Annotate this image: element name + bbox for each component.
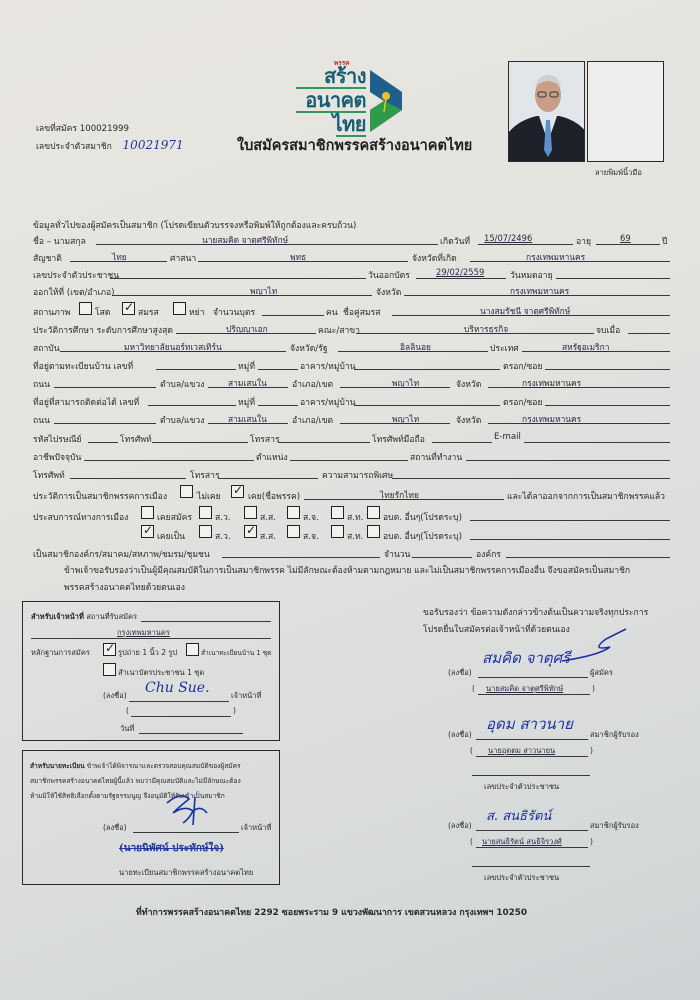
expiry-field[interactable] bbox=[556, 267, 670, 279]
registrar-box: สำหรับนายทะเบียน ข้าพเจ้าได้พิจารณาและตร… bbox=[22, 750, 280, 885]
work-fax-label: โทรสาร bbox=[190, 468, 220, 482]
endorser2-id-field[interactable] bbox=[472, 855, 590, 867]
member-id-label: เลขประจำตัวสมาชิก bbox=[36, 142, 112, 152]
contact-province-value: กรุงเทพมหานคร bbox=[522, 412, 581, 426]
religion-value: พุทธ bbox=[290, 250, 306, 264]
work-phone-field[interactable] bbox=[70, 467, 186, 479]
exp-applied-senator-label: ส.ว. bbox=[215, 510, 231, 524]
postcode-label: รหัสไปรษณีย์ bbox=[33, 432, 82, 446]
age-value: 69 bbox=[620, 233, 631, 243]
receive-place-value: กรุงเทพมหานคร bbox=[117, 627, 170, 639]
receive-place-label: สถานที่รับสมัคร bbox=[86, 612, 137, 621]
exp-applied-other-field[interactable] bbox=[470, 509, 670, 521]
country-value: สหรัฐอเมริกา bbox=[562, 340, 609, 354]
fingerprint-box bbox=[587, 61, 664, 162]
exp-served-label: เคยเป็น bbox=[157, 529, 185, 543]
registrar-role: เจ้าหน้าที่ bbox=[241, 822, 271, 834]
status-married-checkbox[interactable] bbox=[122, 302, 135, 315]
applicant-signature-flourish bbox=[560, 625, 630, 665]
age-unit: ปี bbox=[662, 234, 667, 248]
work-fax-field[interactable] bbox=[218, 467, 318, 479]
officer-signature: Chu Sue. bbox=[145, 680, 210, 696]
evidence-photo-label: รูปถ่าย 1 นิ้ว 2 รูป bbox=[118, 647, 177, 659]
registrar-text-1: ข้าพเจ้าได้พิจารณาและตรวจสอบคุณสมบัติของ… bbox=[87, 762, 241, 770]
exp-applied-provincial-label: ส.จ. bbox=[303, 510, 319, 524]
party-history-label: ประวัติการเป็นสมาชิกพรรคการเมือง bbox=[33, 489, 167, 503]
applicant-sign-label: (ลงชื่อ) bbox=[448, 667, 472, 679]
general-info-heading: ข้อมูลทั่วไปของผู้สมัครเป็นสมาชิก (โปรดเ… bbox=[33, 218, 356, 232]
workplace-field[interactable] bbox=[466, 449, 670, 461]
issued-at-value: พญาไท bbox=[250, 284, 277, 298]
reg-subdistrict-label: ตำบล/แขวง bbox=[160, 377, 204, 391]
citizen-id-field[interactable] bbox=[110, 267, 366, 279]
religion-label: ศาสนา bbox=[170, 251, 196, 265]
application-number: เลขที่สมัคร 100021999 bbox=[36, 121, 129, 135]
status-married-label: สมรส bbox=[138, 305, 159, 319]
endorser2-name: นายสนธิรัตน์ สนธิจิรวงศ์ bbox=[482, 836, 562, 848]
position-label: ตำแหน่ง bbox=[256, 450, 288, 464]
occupation-field[interactable] bbox=[84, 449, 254, 461]
party-logo: พรรค สร้าง อนาคต ไทย bbox=[296, 60, 406, 140]
portrait-image bbox=[509, 62, 585, 162]
officer-date-label: วันที่ bbox=[120, 723, 134, 735]
status-label: สถานภาพ bbox=[33, 305, 70, 319]
exp-applied-municipal-checkbox[interactable] bbox=[331, 506, 344, 519]
party-name-value: ไทยรักไทย bbox=[380, 488, 419, 502]
form-title: ใบสมัครสมาชิกพรรคสร้างอนาคตไทย bbox=[237, 134, 472, 157]
endorser1-signature: อุดม สาวนาย bbox=[486, 712, 573, 736]
contact-road-label: ถนน bbox=[33, 413, 50, 427]
endorser1-id-field[interactable] bbox=[472, 764, 590, 776]
exp-served-provincial-checkbox[interactable] bbox=[287, 525, 300, 538]
officer-box: สำหรับเจ้าหน้าที่ สถานที่รับสมัคร กรุงเท… bbox=[22, 601, 280, 741]
evidence-id-card-label: สำเนาบัตรประชาชน 1 ชุด bbox=[118, 667, 204, 679]
endorser2-id-label: เลขประจำตัวประชาชน bbox=[484, 872, 559, 884]
org-membership-field[interactable] bbox=[222, 546, 380, 558]
exp-applied-other-label: อบต. อื่นๆ(โปรดระบุ) bbox=[383, 510, 462, 524]
contact-district-value: พญาไท bbox=[392, 412, 419, 426]
contact-subdistrict-value: สามเสนใน bbox=[228, 412, 267, 426]
children-label: จำนวนบุตร bbox=[213, 305, 255, 319]
exp-served-other-label: อบต. อื่นๆ(โปรดระบุ) bbox=[383, 529, 462, 543]
exp-served-provincial-label: ส.จ. bbox=[303, 529, 319, 543]
fax-field[interactable] bbox=[278, 431, 370, 443]
org-count-label: จำนวน bbox=[384, 547, 410, 561]
reg-house-no-field[interactable] bbox=[156, 358, 236, 370]
reg-moo-label: หมู่ที่ bbox=[238, 359, 255, 373]
email-label: E-mail bbox=[494, 432, 521, 442]
endorser1-id-label: เลขประจำตัวประชาชน bbox=[484, 781, 559, 793]
faculty-value: บริหารธุรกิจ bbox=[464, 322, 508, 336]
status-divorced-label: หย่า bbox=[189, 305, 205, 319]
contact-building-label: อาคาร/หมู่บ้าน bbox=[300, 395, 356, 409]
exp-served-senator-label: ส.ว. bbox=[215, 529, 231, 543]
registrar-heading: สำหรับนายทะเบียน bbox=[30, 762, 85, 770]
party-ever-label: เคย(ชื่อพรรค) bbox=[248, 489, 300, 503]
party-never-label: ไม่เคย bbox=[197, 489, 221, 503]
exp-served-other-checkbox[interactable] bbox=[367, 525, 380, 538]
birth-province-value: กรุงเทพมหานคร bbox=[526, 250, 585, 264]
issue-date-label: วันออกบัตร bbox=[368, 268, 410, 282]
receive-place-field[interactable] bbox=[141, 610, 271, 622]
status-divorced-checkbox[interactable] bbox=[173, 302, 186, 315]
mobile-label: โทรศัพท์มือถือ bbox=[372, 432, 425, 446]
officer-heading: สำหรับเจ้าหน้าที่ bbox=[31, 612, 84, 621]
mobile-field[interactable] bbox=[432, 431, 492, 443]
org-membership-label: เป็นสมาชิกองค์กร/สมาคม/สหภาพ/ชมรม/ชุมชน bbox=[33, 547, 210, 561]
org-name-label: องค์กร bbox=[476, 547, 501, 561]
workplace-label: สถานที่ทำงาน bbox=[410, 450, 462, 464]
registrar-sign-label: (ลงชื่อ) bbox=[103, 822, 127, 834]
application-number-value: 100021999 bbox=[80, 124, 129, 134]
occupation-label: อาชีพปัจจุบัน bbox=[33, 450, 81, 464]
work-phone-label: โทรศัพท์ bbox=[33, 468, 65, 482]
registrar-name: (นายนิพัศน์ ประทักษ์ใจ) bbox=[119, 841, 224, 856]
reg-province-value: กรุงเทพมหานคร bbox=[522, 376, 581, 390]
reg-house-no-label: ที่อยู่ตามทะเบียนบ้าน เลขที่ bbox=[33, 359, 133, 373]
reg-alley-field[interactable] bbox=[545, 358, 670, 370]
exp-applied-checkbox[interactable] bbox=[141, 506, 154, 519]
chevron-thailand-map-icon bbox=[370, 70, 402, 132]
graduated-label: จบเมื่อ bbox=[596, 323, 620, 337]
phone-label: โทรศัพท์ bbox=[120, 432, 152, 446]
exp-applied-mp-checkbox[interactable] bbox=[244, 506, 257, 519]
birth-province-label: จังหวัดที่เกิด bbox=[412, 251, 457, 265]
applicant-role: ผู้สมัคร bbox=[590, 667, 613, 679]
exp-served-senator-checkbox[interactable] bbox=[199, 525, 212, 538]
name-label: ชื่อ – นามสกุล bbox=[33, 234, 86, 248]
contact-moo-label: หมู่ที่ bbox=[238, 395, 255, 409]
logo-line1: สร้าง bbox=[296, 66, 366, 86]
issued-province-value: กรุงเทพมหานคร bbox=[510, 284, 569, 298]
birthdate-label: เกิดวันที่ bbox=[440, 234, 470, 248]
contact-road-field[interactable] bbox=[54, 412, 156, 424]
country-label: ประเทศ bbox=[490, 341, 519, 355]
contact-house-no-label: ที่อยู่ที่สามารถติดต่อได้ เลขที่ bbox=[33, 395, 139, 409]
org-count-field[interactable] bbox=[412, 546, 472, 558]
exp-served-municipal-checkbox[interactable] bbox=[331, 525, 344, 538]
issued-at-field[interactable] bbox=[112, 284, 372, 296]
declaration-text: ข้าพเจ้าขอรับรองว่าเป็นผู้มีคุณสมบัติในก… bbox=[64, 563, 630, 577]
party-ever-checkbox[interactable] bbox=[231, 485, 244, 498]
state-value: อิลลินอย bbox=[400, 340, 431, 354]
applicant-photo bbox=[508, 61, 585, 162]
experience-label: ประสบการณ์ทางการเมือง bbox=[33, 510, 128, 524]
applicant-statement-1: ขอรับรองว่า ข้อความดังกล่าวข้างต้นเป็นคว… bbox=[423, 605, 648, 619]
application-number-label: เลขที่สมัคร bbox=[36, 124, 77, 134]
birthdate-value: 15/07/2496 bbox=[484, 233, 532, 243]
endorser1-sign-label: (ลงชื่อ) bbox=[448, 729, 472, 741]
declaration-text-line2: พรรคสร้างอนาคตไทยด้วยตนเอง bbox=[64, 580, 185, 594]
spouse-label: ชื่อคู่สมรส bbox=[343, 305, 381, 319]
contact-house-no-field[interactable] bbox=[148, 394, 236, 406]
reg-road-label: ถนน bbox=[33, 377, 50, 391]
reg-alley-label: ตรอก/ซอย bbox=[503, 359, 543, 373]
evidence-id-card-checkbox[interactable] bbox=[103, 663, 116, 676]
member-id-value[interactable]: 10021971 bbox=[123, 138, 184, 152]
member-id: เลขประจำตัวสมาชิก 10021971 bbox=[36, 138, 184, 153]
exp-applied-label: เคยสมัคร bbox=[157, 510, 192, 524]
exp-applied-municipal-label: ส.ท. bbox=[347, 510, 363, 524]
applicant-name: นายสมคิด จาตุศรีพิทักษ์ bbox=[486, 683, 563, 695]
exp-applied-senator-checkbox[interactable] bbox=[199, 506, 212, 519]
institution-label: สถาบัน bbox=[33, 341, 60, 355]
status-single-label: โสด bbox=[95, 305, 110, 319]
exp-served-checkbox[interactable] bbox=[141, 525, 154, 538]
applicant-signature: สมคิด จาตุศรี bbox=[482, 646, 570, 670]
evidence-house-reg-label: สำเนาทะเบียนบ้าน 1 ชุด bbox=[201, 647, 271, 658]
registrar-title: นายทะเบียนสมาชิกพรรคสร้างอนาคตไทย bbox=[119, 867, 253, 879]
officer-role: เจ้าหน้าที่ bbox=[231, 690, 261, 702]
reg-province-label: จังหวัด bbox=[456, 377, 481, 391]
party-address-footer: ที่ทำการพรรคสร้างอนาคตไทย 2292 ซอยพระราม… bbox=[136, 905, 527, 919]
graduated-field[interactable] bbox=[628, 322, 670, 334]
officer-sign-label: (ลงชื่อ) bbox=[103, 690, 127, 702]
reg-moo-field[interactable] bbox=[258, 358, 298, 370]
reg-district-label: อำเภอ/เขต bbox=[292, 377, 333, 391]
exp-served-other-field[interactable] bbox=[470, 528, 670, 540]
registrar-signature bbox=[163, 791, 213, 829]
officer-date-field[interactable] bbox=[139, 722, 243, 734]
fax-label: โทรสาร bbox=[250, 432, 280, 446]
endorser2-sign-label: (ลงชื่อ) bbox=[448, 820, 472, 832]
education-label: ประวัติการศึกษา ระดับการศึกษาสูงสุด bbox=[33, 323, 173, 337]
nationality-value: ไทย bbox=[112, 250, 127, 264]
logo-line3: ไทย bbox=[296, 114, 366, 134]
skills-field[interactable] bbox=[392, 467, 670, 479]
endorser1-role: สมาชิกผู้รับรอง bbox=[590, 729, 639, 741]
resigned-text: และได้ลาออกจากการเป็นสมาชิกพรรคแล้ว bbox=[507, 489, 665, 503]
faculty-label: คณะ/สาขา bbox=[318, 323, 360, 337]
contact-alley-field[interactable] bbox=[545, 394, 670, 406]
contact-alley-label: ตรอก/ซอย bbox=[503, 395, 543, 409]
phone-field[interactable] bbox=[152, 431, 248, 443]
endorser2-role: สมาชิกผู้รับรอง bbox=[590, 820, 639, 832]
fingerprint-caption: ลายพิมพ์นิ้วมือ bbox=[595, 167, 642, 179]
org-name-field[interactable] bbox=[506, 546, 670, 558]
position-field[interactable] bbox=[290, 449, 408, 461]
reg-building-field[interactable] bbox=[354, 358, 500, 370]
children-field[interactable] bbox=[262, 304, 324, 316]
status-single-checkbox[interactable] bbox=[79, 302, 92, 315]
issue-date-value: 29/02/2559 bbox=[436, 267, 484, 277]
reg-building-label: อาคาร/หมู่บ้าน bbox=[300, 359, 356, 373]
party-never-checkbox[interactable] bbox=[180, 485, 193, 498]
issued-at-label: ออกให้ที่ (เขต/อำเภอ) bbox=[33, 285, 115, 299]
evidence-photo-checkbox[interactable] bbox=[103, 643, 116, 656]
skills-label: ความสามารถพิเศษ bbox=[322, 468, 393, 482]
age-label: อายุ bbox=[576, 234, 591, 248]
registrar-text-2: สมาชิกพรรคสร้างอนาคตไทยผู้นี้แล้ว พบว่าม… bbox=[30, 775, 241, 786]
officer-name-field[interactable] bbox=[131, 705, 231, 717]
exp-applied-provincial-checkbox[interactable] bbox=[287, 506, 300, 519]
endorser1-name: นายอุดตม สาวนายน bbox=[488, 745, 555, 757]
issued-province-label: จังหวัด bbox=[376, 285, 401, 299]
applicant-statement-2: โปรดยื่นใบสมัครต่อเจ้าหน้าที่ด้วยตนเอง bbox=[423, 622, 570, 636]
exp-served-municipal-label: ส.ท. bbox=[347, 529, 363, 543]
education-value: ปริญญาเอก bbox=[226, 322, 268, 336]
exp-applied-mp-label: ส.ส. bbox=[260, 510, 276, 524]
contact-district-label: อำเภอ/เขต bbox=[292, 413, 333, 427]
state-label: จังหวัด/รัฐ bbox=[290, 341, 328, 355]
name-value: นายสมคิด จาตุศรีพิทักษ์ bbox=[202, 233, 288, 247]
children-unit: คน bbox=[326, 305, 338, 319]
reg-subdistrict-value: สามเสนใน bbox=[228, 376, 267, 390]
contact-moo-field[interactable] bbox=[258, 394, 298, 406]
spouse-value: นางสมรัชนี จาตุศรีพิทักษ์ bbox=[480, 304, 570, 318]
logo-line2: อนาคต bbox=[296, 90, 366, 110]
contact-subdistrict-label: ตำบล/แขวง bbox=[160, 413, 204, 427]
citizen-id-label: เลขประจำตัวประชาชน bbox=[33, 268, 119, 282]
evidence-label: หลักฐานการสมัคร bbox=[31, 647, 90, 659]
postcode-field[interactable] bbox=[88, 431, 118, 443]
exp-served-mp-label: ส.ส. bbox=[260, 529, 276, 543]
contact-building-field[interactable] bbox=[354, 394, 500, 406]
evidence-house-reg-checkbox[interactable] bbox=[186, 643, 199, 656]
contact-province-label: จังหวัด bbox=[456, 413, 481, 427]
expiry-label: วันหมดอายุ bbox=[510, 268, 553, 282]
reg-district-value: พญาไท bbox=[392, 376, 419, 390]
institution-value: มหาวิทยาลัยนอร์ทเวสเทิร์น bbox=[124, 340, 222, 354]
reg-road-field[interactable] bbox=[54, 376, 156, 388]
exp-applied-other-checkbox[interactable] bbox=[367, 506, 380, 519]
exp-served-mp-checkbox[interactable] bbox=[244, 525, 257, 538]
nationality-label: สัญชาติ bbox=[33, 251, 62, 265]
email-field[interactable] bbox=[524, 431, 670, 443]
endorser2-signature: ส. สนธิรัตน์ bbox=[486, 805, 551, 826]
